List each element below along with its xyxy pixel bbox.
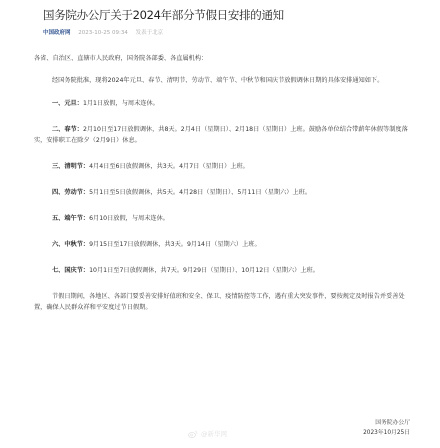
holiday-heading: 六、中秋节： [52,241,89,248]
holiday-text: 4月4日至6日放假调休，共3天。4月7日（星期日）上班。 [89,163,249,170]
holiday-item-qingming: 三、清明节：4月4日至6日放假调休，共3天。4月7日（星期日）上班。 [34,161,409,172]
publish-time: 2023-10-25 09:34 [78,30,128,36]
holiday-heading: 七、国庆节： [52,267,89,274]
holiday-item-dragon-boat: 五、端午节：6月10日放假，与周末连休。 [34,213,409,224]
salutation: 各省、自治区、直辖市人民政府，国务院各部委、各直属机构： [34,53,409,64]
holiday-item-mid-autumn: 六、中秋节：9月15日至17日放假调休，共3天。9月14日（星期六）上班。 [34,239,409,250]
weibo-icon [188,430,198,438]
holiday-heading: 二、春节： [52,126,83,133]
holiday-text: 5月1日至5日放假调休，共5天。4月28日（星期日）、5月11日（星期六）上班。 [89,189,311,196]
article-meta: 中国政府网 2023-10-25 09:34 发表于北京 [43,28,163,36]
publish-location: 发表于北京 [136,30,164,36]
holiday-text: 9月15日至17日放假调休，共3天。9月14日（星期六）上班。 [89,241,261,248]
signature-date: 2023年10月25日 [363,428,410,438]
holiday-text: 6月10日放假，与周末连休。 [89,215,169,222]
signature-organization: 国务院办公厅 [363,418,410,428]
holiday-item-spring-festival: 二、春节：2月10日至17日放假调休，共8天。2月4日（星期日）、2月18日（星… [34,124,409,146]
holiday-item-national-day: 七、国庆节：10月1日至7日放假调休，共7天。9月29日（星期日）、10月12日… [34,265,409,276]
holiday-item-new-year: 一、元旦：1月1日放假，与周末连休。 [34,98,409,109]
holiday-heading: 一、元旦： [52,100,83,107]
holiday-text: 2月10日至17日放假调休，共8天。2月4日（星期日）、2月18日（星期日）上班… [34,126,408,144]
holiday-text: 1月1日放假，与周末连休。 [83,100,159,107]
signature-block: 国务院办公厅 2023年10月25日 [363,418,410,438]
watermark: @新华网 [188,429,227,438]
article-title: 国务院办公厅关于2024年部分节假日安排的通知 [43,7,284,23]
source-link[interactable]: 中国政府网 [43,30,71,36]
holiday-heading: 三、清明节： [52,163,89,170]
watermark-text: @新华网 [201,429,227,438]
holiday-text: 10月1日至7日放假调休，共7天。9月29日（星期日）、10月12日（星期六）上… [89,267,319,274]
holiday-heading: 五、端午节： [52,215,89,222]
holiday-item-labor-day: 四、劳动节：5月1日至5日放假调休，共5天。4月28日（星期日）、5月11日（星… [34,187,409,198]
closing-paragraph: 节假日期间，各地区、各部门要妥善安排好值班和安全、保卫、疫情防控等工作，遇有重大… [34,291,409,313]
holiday-heading: 四、劳动节： [52,189,89,196]
intro-paragraph: 经国务院批准，现将2024年元旦、春节、清明节、劳动节、端午节、中秋节和国庆节放… [34,75,409,86]
article-body: 各省、自治区、直辖市人民政府，国务院各部委、各直属机构： 经国务院批准，现将20… [34,53,409,313]
